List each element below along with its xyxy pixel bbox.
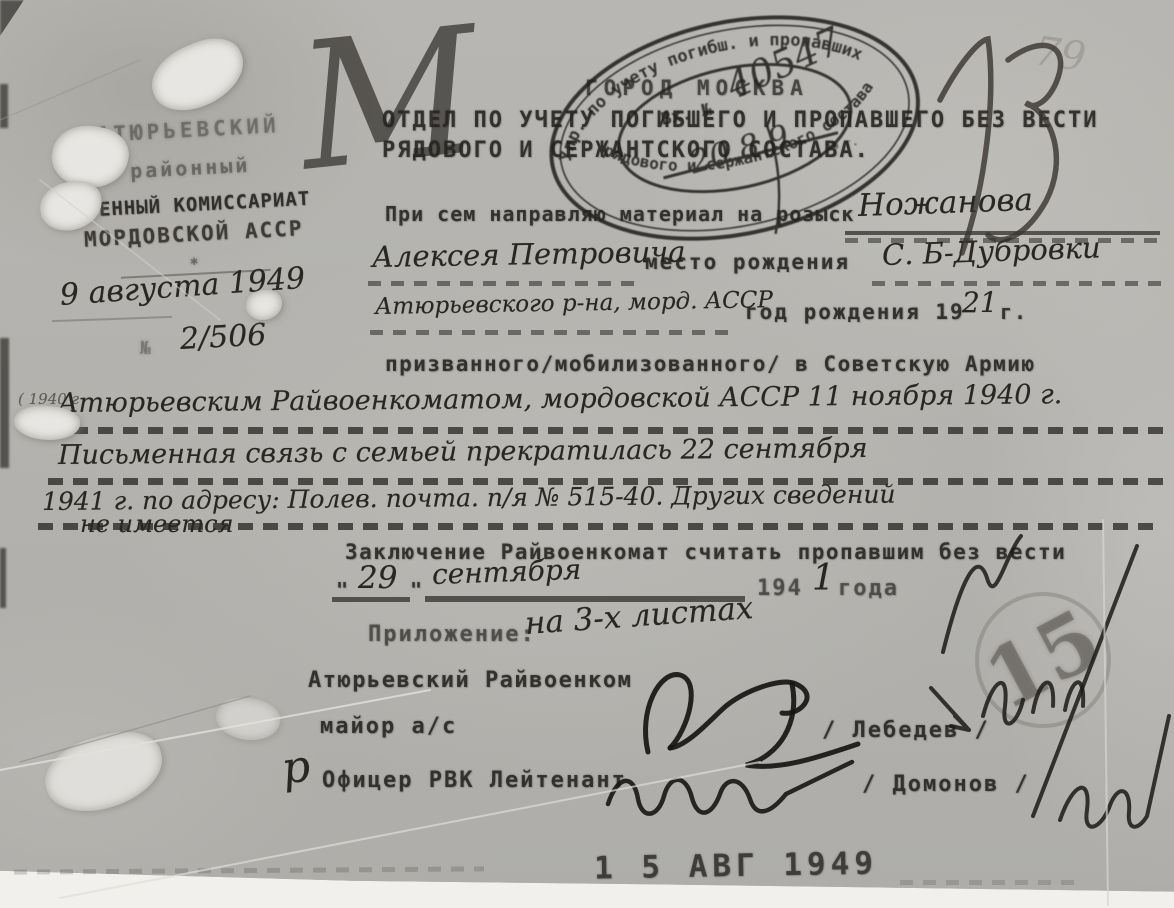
scanned-document: ☆ АТЮРЬЕВСКИЙ районный ВОЕННЫЙ КОМИССАРИ… [0, 0, 1174, 908]
crease-lines [0, 0, 1174, 908]
